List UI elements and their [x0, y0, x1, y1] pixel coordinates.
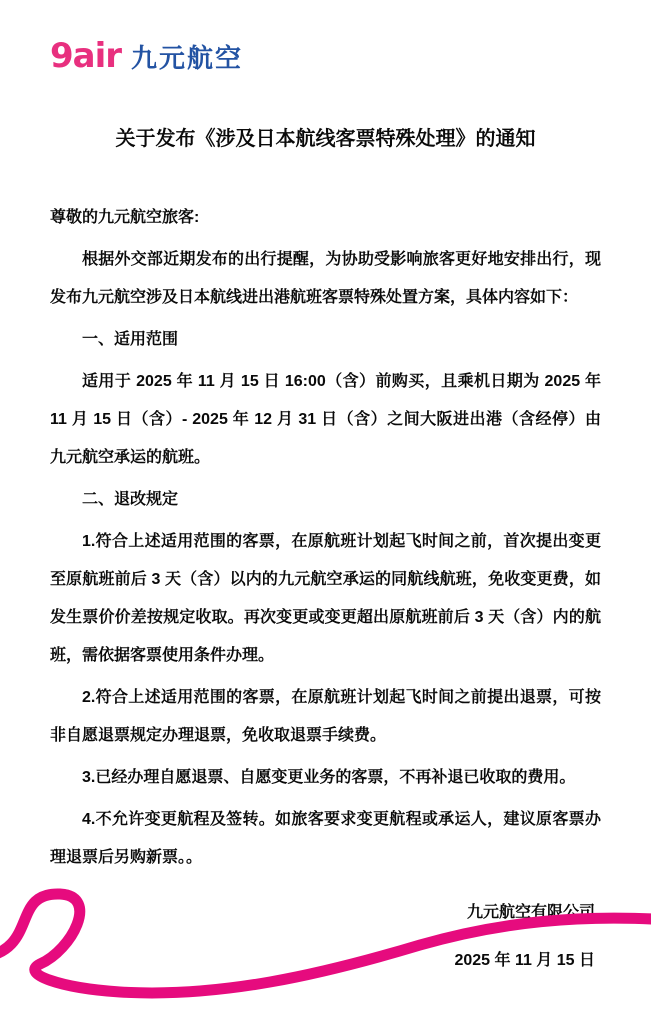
signature-company: 九元航空有限公司	[50, 891, 595, 935]
notice-page: 9air 九元航空 关于发布《涉及日本航线客票特殊处理》的通知 尊敬的九元航空旅…	[0, 0, 651, 1024]
intro-paragraph: 根据外交部近期发布的出行提醒，为协助受影响旅客更好地安排出行，现发布九元航空涉及…	[50, 241, 601, 317]
notice-title: 关于发布《涉及日本航线客票特殊处理》的通知	[50, 122, 601, 151]
rule-item-2: 2.符合上述适用范围的客票，在原航班计划起飞时间之前提出退票，可按非自愿退票规定…	[50, 679, 601, 755]
airline-logo: 9air 九元航空	[50, 36, 601, 76]
salutation-line: 尊敬的九元航空旅客:	[50, 199, 601, 237]
notice-content: 9air 九元航空 关于发布《涉及日本航线客票特殊处理》的通知 尊敬的九元航空旅…	[0, 0, 651, 983]
logo-9air-wordmark: 9air	[50, 36, 121, 76]
section-heading-refund-rules: 二、退改规定	[50, 481, 601, 519]
logo-chinese-name: 九元航空	[131, 38, 243, 75]
section-heading-scope: 一、适用范围	[50, 321, 601, 359]
rule-item-1: 1.符合上述适用范围的客票，在原航班计划起飞时间之前，首次提出变更至原航班前后 …	[50, 523, 601, 675]
signature-date: 2025 年 11 月 15 日	[50, 939, 595, 983]
notice-body: 尊敬的九元航空旅客: 根据外交部近期发布的出行提醒，为协助受影响旅客更好地安排出…	[50, 199, 601, 983]
rule-item-3: 3.已经办理自愿退票、自愿变更业务的客票，不再补退已收取的费用。	[50, 759, 601, 797]
signature-block: 九元航空有限公司 2025 年 11 月 15 日	[50, 891, 601, 983]
rule-item-4: 4.不允许变更航程及签转。如旅客要求变更航程或承运人，建议原客票办理退票后另购新…	[50, 801, 601, 877]
scope-paragraph: 适用于 2025 年 11 月 15 日 16:00（含）前购买，且乘机日期为 …	[50, 363, 601, 477]
